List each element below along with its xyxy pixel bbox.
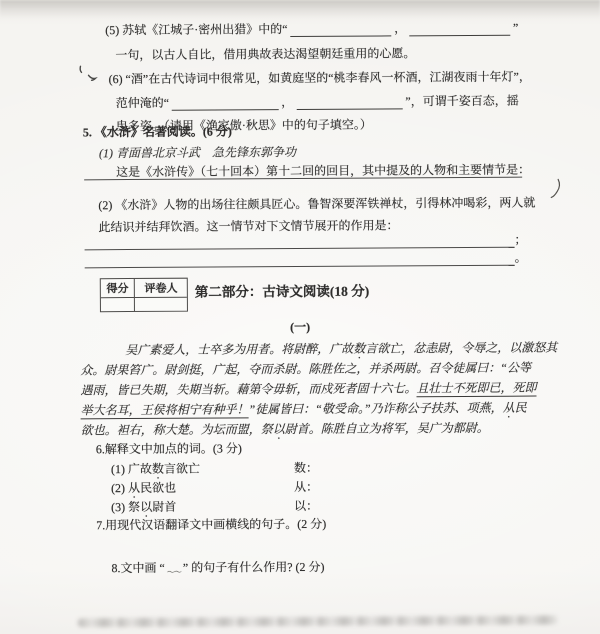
passage-line-5: 欲也。袒右，称大楚。为坛而盟，祭以尉首。陈胜自立为将军，吴广为都尉。 xyxy=(81,421,489,443)
emphasized-word: 以 xyxy=(140,500,152,514)
item6-line1: (6) “酒”在古代诗词中很常见，如黄庭坚的“桃李春风一杯酒，江湖夜雨十年灯”， xyxy=(109,70,531,88)
q6-phrase: 言欲亡 xyxy=(164,462,200,476)
q6-def-label: 以： xyxy=(294,499,318,514)
score-label: 得分 xyxy=(101,279,136,298)
q8-title: 8.文中画 “～～” 的句子有什么作用? (2 分) xyxy=(111,560,324,580)
item6-line2: 范仲淹的“ ， ”，可谓千姿百态，摇 xyxy=(116,94,519,111)
q6-item-num: (1) xyxy=(111,462,128,476)
item5-comma: ， xyxy=(394,21,406,36)
q7-title: 7.用现代汉语翻译文中画横线的句子。(2 分) xyxy=(96,517,326,533)
passage-text: 吴广素爱人，士卒多为用者。将尉醉，广故 xyxy=(125,342,353,357)
emphasized-word: 以 xyxy=(273,422,285,436)
answer-blank xyxy=(296,96,402,110)
passage-text: 欲也。袒右，称大楚。为坛而盟，祭 xyxy=(81,422,273,437)
page-bottom-artifact xyxy=(78,615,558,627)
item5-close-quote: ” xyxy=(513,21,518,36)
scanned-exam-page: (5) 苏轼《江城子·密州出猎》中的“ ， ” 一句，以古人自比，借用典故表达渴… xyxy=(0,0,600,634)
grader-cell-empty xyxy=(135,298,187,311)
q6-phrase: 广故 xyxy=(128,462,152,476)
passage-line-3: 遇雨，皆已失期，失期当斩。藉第令毋斩，而戍死者固十六七。且壮士不死即已，死即 xyxy=(80,381,536,399)
answer-end-semicolon: ； xyxy=(514,233,526,248)
q6-title: 6.解释文中加点的词。(3 分) xyxy=(96,441,242,457)
passage-text: 尉首。陈胜自立为将军，吴广为都尉。 xyxy=(285,421,489,436)
q6-item-num: (2) xyxy=(111,481,128,495)
q6-phrase: 祭 xyxy=(128,500,140,514)
answer-rule xyxy=(85,253,515,269)
answer-rule xyxy=(85,235,515,251)
emphasized-word: 数 xyxy=(152,462,164,476)
q6-def-label: 数： xyxy=(294,461,318,476)
grader-label: 评卷人 xyxy=(135,279,187,298)
score-cell-empty xyxy=(101,298,135,311)
passage-text: ”徒属皆曰：“敬受命。”乃诈称公子扶苏、项燕， xyxy=(249,401,503,417)
emphasized-word: 数 xyxy=(353,342,365,356)
q5-sub1: (1) 青面兽北京斗武 急先锋东郭争功 xyxy=(99,145,296,161)
handwriting-mark xyxy=(548,177,564,201)
q8-suffix: ” 的句子有什么作用? (2 分) xyxy=(183,560,325,575)
answer-blank xyxy=(291,23,392,37)
wavy-line-mark: ～～ xyxy=(165,568,183,577)
q6-def-label: 从： xyxy=(294,480,318,495)
q6-phrase: 民欲也 xyxy=(140,481,176,495)
item5-line1: (5) 苏轼《江城子·密州出猎》中的“ ， ” xyxy=(105,21,518,39)
item6-suffix: ”，可谓千姿百态，摇 xyxy=(405,94,518,110)
answer-blank xyxy=(172,97,278,111)
passage-line-2: 众。尉果笞广。尉剑挺，广起，夺而杀尉。陈胜佐之，并杀两尉。召令徒属曰：“公等 xyxy=(80,361,531,379)
item5-line2: 一句，以古人自比，借用典故表达渴望朝廷重用的心愿。 xyxy=(115,46,415,63)
passage-number: (一) xyxy=(290,320,310,335)
item6-comma: ， xyxy=(281,95,293,110)
part2-heading: 第二部分：古诗文阅读(18 分) xyxy=(195,284,369,300)
item5-prefix: (5) 苏轼《江城子·密州出猎》中的“ xyxy=(105,22,287,38)
passage-text: 民 xyxy=(515,401,527,415)
passage-text: 遇雨，皆已失期，失期当斩。藉第令毋斩，而戍死者固十六七。 xyxy=(80,381,416,397)
passage-line-4: 举大名耳，王侯将相宁有种乎！”徒属皆曰：“敬受命。”乃诈称公子扶苏、项燕，从民 xyxy=(81,401,527,424)
exam-sheet: (5) 苏轼《江城子·密州出猎》中的“ ， ” 一句，以古人自比，借用典故表达渴… xyxy=(0,0,600,634)
q5-sub2-line1: (2) 《水浒》人物的出场往往颇具匠心。鲁智深要浑铁禅杖，引得林冲喝彩，两人就 xyxy=(98,196,535,214)
answer-blank xyxy=(409,23,510,37)
q5-title: 5. 《水浒》名著阅读。(6 分) xyxy=(83,124,232,140)
underlined-sentence: 且壮士不死即已，死即 xyxy=(416,381,536,398)
score-box: 得分 评卷人 xyxy=(100,278,188,313)
passage-text: 言欲亡，忿恚尉，令辱之，以激怒其 xyxy=(365,340,557,355)
q6-phrase: 尉首 xyxy=(152,500,176,514)
q6-item-num: (3) xyxy=(111,500,128,514)
answer-line-semicolon: ； xyxy=(84,233,526,251)
underlined-sentence: 举大名耳，王侯将相宁有种乎！ xyxy=(81,402,249,419)
answer-end-period: 。 xyxy=(515,251,527,266)
q8-prefix: 8.文中画 “ xyxy=(111,561,164,575)
emphasized-word: 从 xyxy=(128,481,140,495)
handwriting-mark xyxy=(76,63,102,85)
emphasized-word: 从 xyxy=(503,401,515,415)
answer-line-period: 。 xyxy=(85,251,527,269)
item6-prefix: 范仲淹的“ xyxy=(116,96,169,111)
